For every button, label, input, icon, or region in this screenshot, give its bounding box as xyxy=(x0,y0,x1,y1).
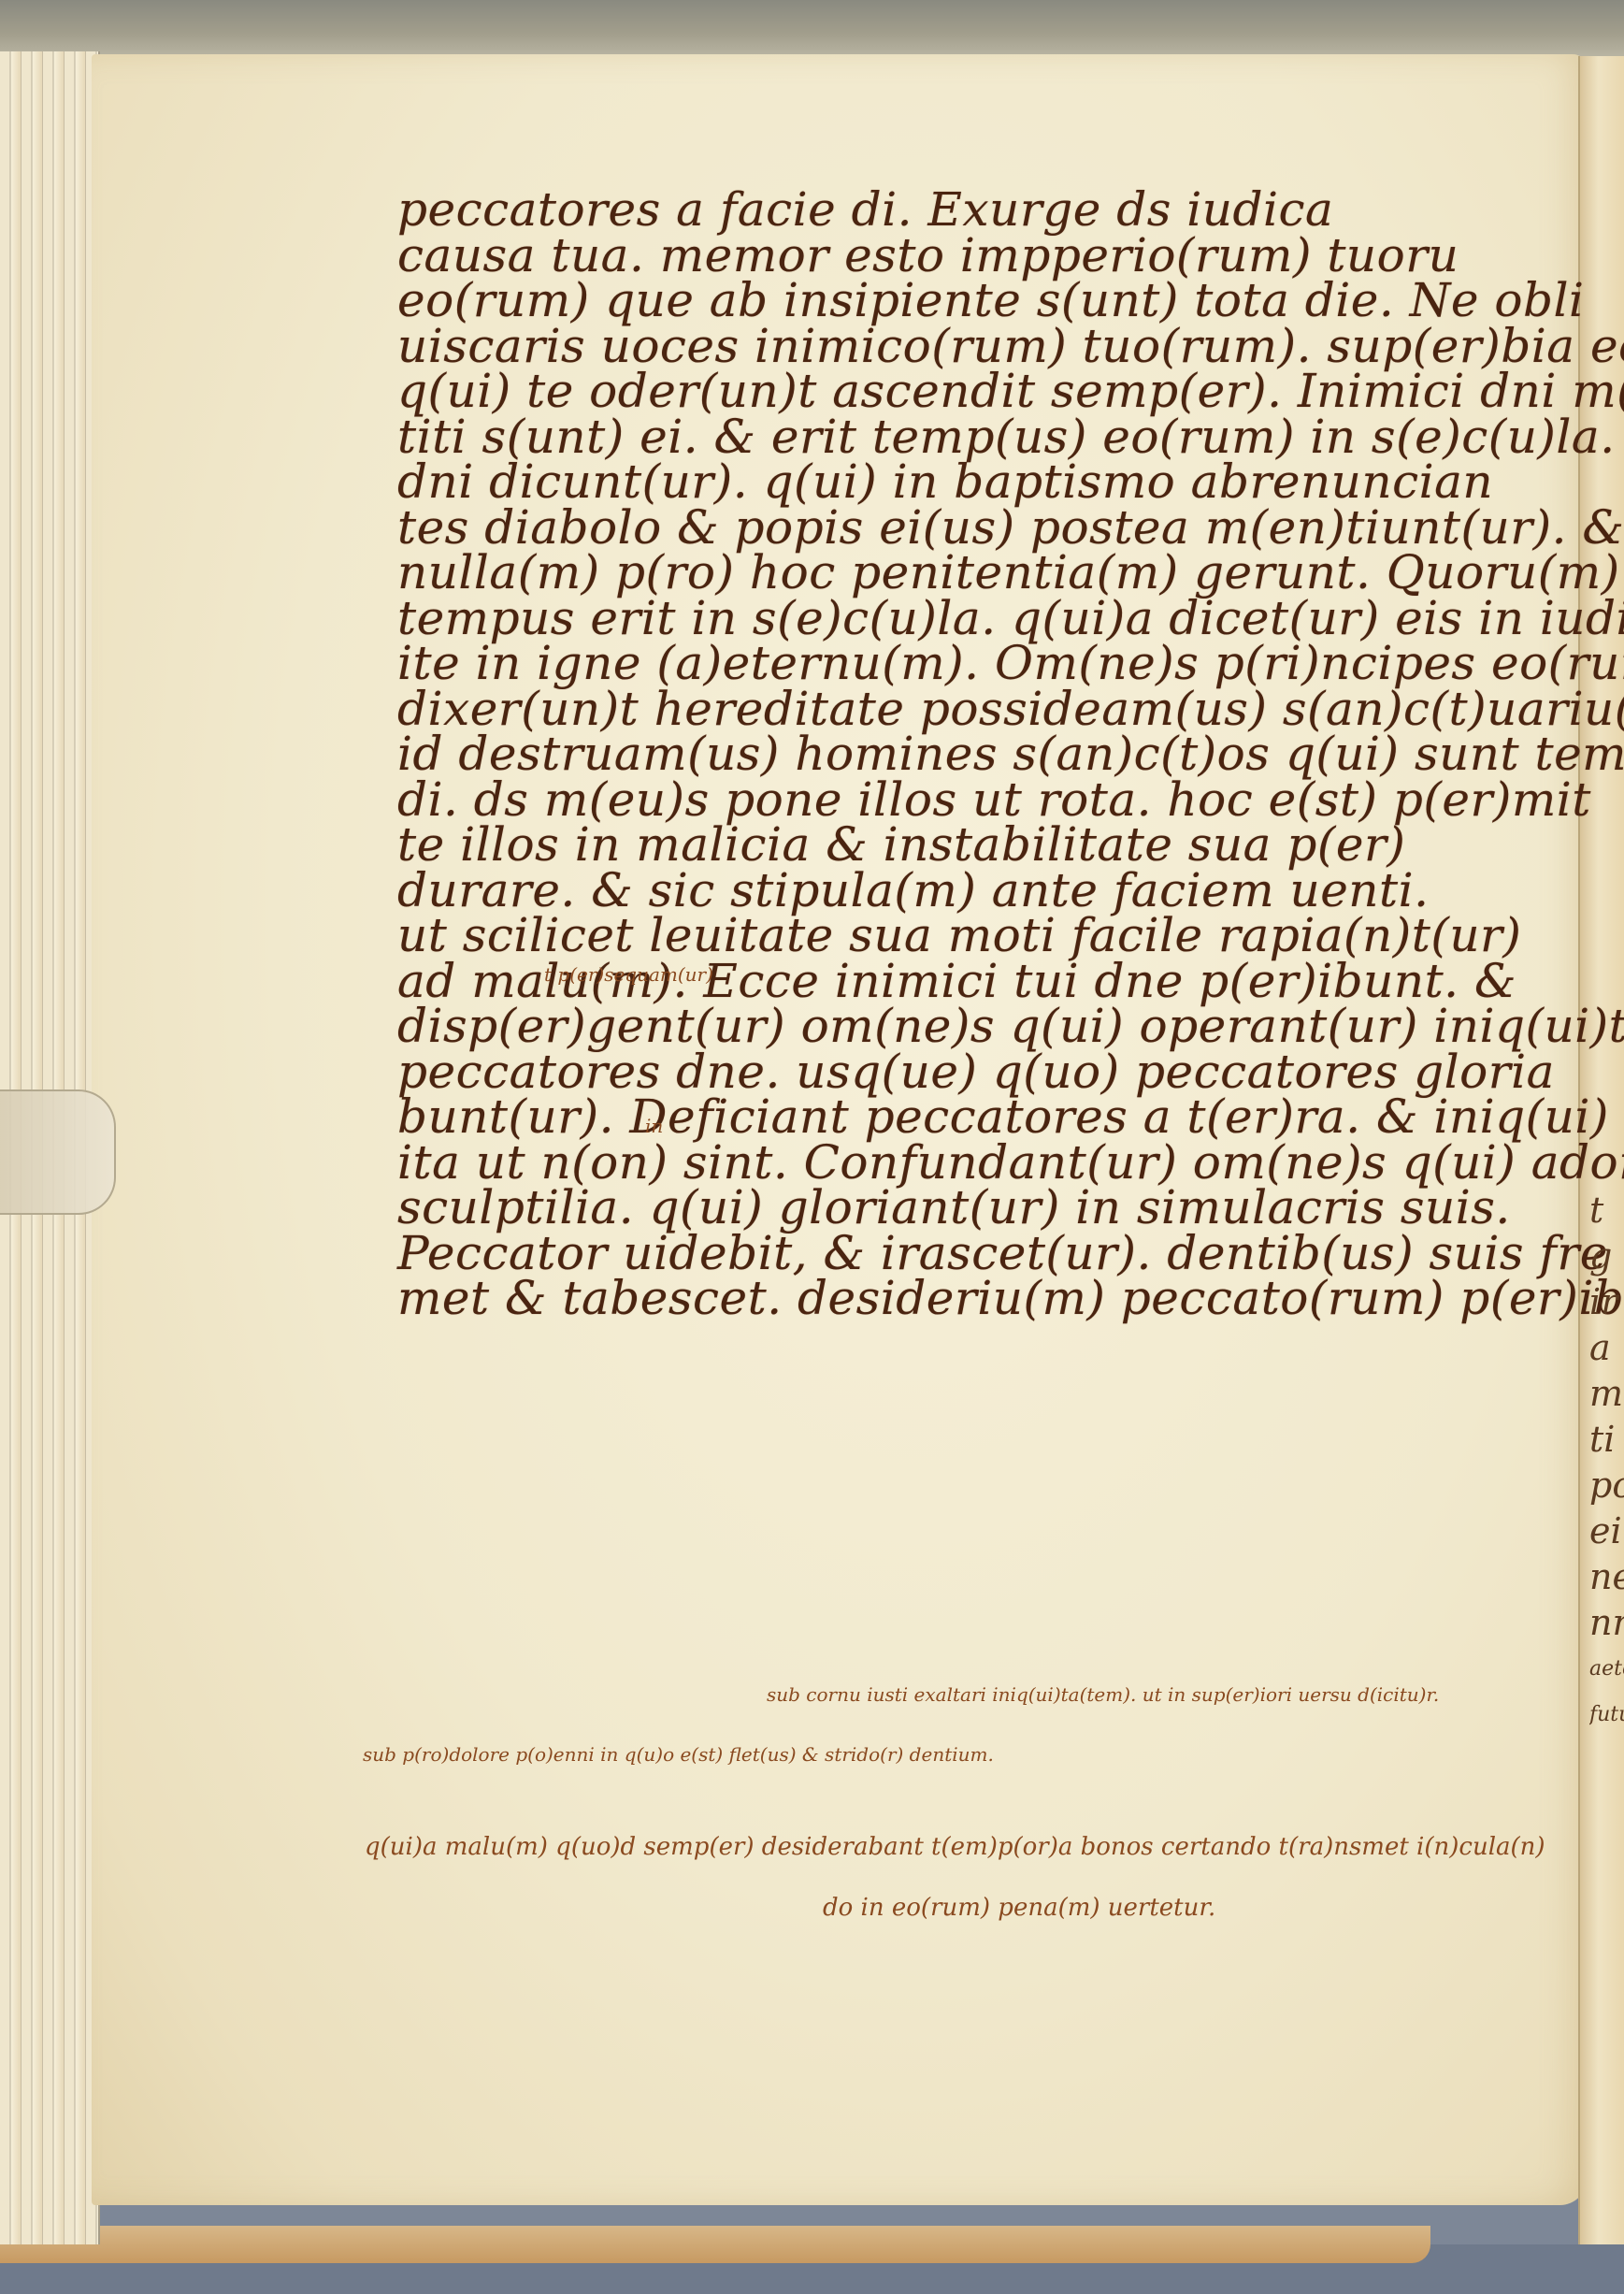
facing-fragment: ei p xyxy=(1589,1508,1624,1554)
text-line: disp(er)gent(ur) om(ne)s q(ui) operant(u… xyxy=(397,1003,1566,1049)
text-line: sculptilia. q(ui) gloriant(ur) in simula… xyxy=(397,1185,1566,1231)
facing-fragment: ti xyxy=(1589,1417,1624,1463)
facing-fragment: a xyxy=(1589,1325,1624,1371)
bottom-gloss: do in eo(rum) pena(m) uertetur. xyxy=(823,1894,1215,1922)
facing-fragment: ne se xyxy=(1589,1554,1624,1600)
text-line: peccatores dne. usq(ue) q(uo) peccatores… xyxy=(397,1049,1566,1095)
text-line: eo(rum) que ab insipiente s(unt) tota di… xyxy=(397,278,1566,324)
text-line: q(ui) te oder(un)t ascendit semp(er). In… xyxy=(397,368,1566,414)
facing-fragment: g xyxy=(1589,1234,1624,1279)
text-line: titi s(unt) ei. & erit temp(us) eo(rum) … xyxy=(397,414,1566,460)
text-line: te illos in malicia & instabilitate sua … xyxy=(397,822,1566,868)
interlinear-gloss: in xyxy=(645,1115,663,1137)
background-top xyxy=(0,0,1624,56)
text-line: Peccator uidebit, & irascet(ur). dentib(… xyxy=(397,1231,1566,1277)
main-text-block: peccatores a facie di. Exurge ds iudica … xyxy=(397,187,1566,1321)
text-line: tes diabolo & popis ei(us) postea m(en)t… xyxy=(397,505,1566,551)
interlinear-gloss: t p(er)sequam(ur) xyxy=(544,963,713,986)
text-line: ut scilicet leuitate sua moti facile rap… xyxy=(397,913,1566,959)
text-line: id destruam(us) homines s(an)c(t)os q(ui… xyxy=(397,731,1566,777)
text-line: dixer(un)t hereditate possideam(us) s(an… xyxy=(397,686,1566,732)
page-clip xyxy=(0,1089,116,1215)
facing-fragment: ir xyxy=(1589,1279,1624,1325)
text-line: bunt(ur). Deficiant peccatores a t(er)ra… xyxy=(397,1094,1566,1140)
facing-fragment: t xyxy=(1589,1188,1624,1234)
interlinear-gloss: sub cornu iusti exaltari iniq(ui)ta(tem)… xyxy=(767,1683,1439,1706)
text-line: peccatores a facie di. Exurge ds iudica xyxy=(397,187,1566,233)
text-line: durare. & sic stipula(m) ante faciem uen… xyxy=(397,868,1566,914)
book-cover-edge xyxy=(0,2226,1430,2263)
facing-page-text: t g ir a m ti po ei p ne se nri dr aeter… xyxy=(1589,1188,1624,1738)
text-line: ita ut n(on) sint. Confundant(ur) om(ne)… xyxy=(397,1140,1566,1186)
facing-fragment: aeterr. xyxy=(1589,1646,1624,1692)
text-line: tempus erit in s(e)c(u)la. q(ui)a dicet(… xyxy=(397,596,1566,642)
facing-fragment: nri dr xyxy=(1589,1600,1624,1646)
text-line: nulla(m) p(ro) hoc penitentia(m) gerunt.… xyxy=(397,550,1566,596)
facing-fragment: po xyxy=(1589,1463,1624,1508)
facing-fragment: m xyxy=(1589,1371,1624,1417)
facing-fragment: futuro m xyxy=(1589,1692,1624,1738)
text-line: uiscaris uoces inimico(rum) tuo(rum). su… xyxy=(397,324,1566,369)
bottom-gloss: q(ui)a malu(m) q(uo)d semp(er) desiderab… xyxy=(365,1833,1545,1861)
text-line: dni dicunt(ur). q(ui) in baptismo abrenu… xyxy=(397,459,1566,505)
text-line: ite in igne (a)eternu(m). Om(ne)s p(ri)n… xyxy=(397,641,1566,686)
text-line: met & tabescet. desideriu(m) peccato(rum… xyxy=(397,1276,1566,1321)
interlinear-gloss: sub p(ro)dolore p(o)enni in q(u)o e(st) … xyxy=(363,1743,994,1766)
text-line: causa tua. memor esto impperio(rum) tuor… xyxy=(397,233,1566,279)
text-line: di. ds m(eu)s pone illos ut rota. hoc e(… xyxy=(397,777,1566,823)
